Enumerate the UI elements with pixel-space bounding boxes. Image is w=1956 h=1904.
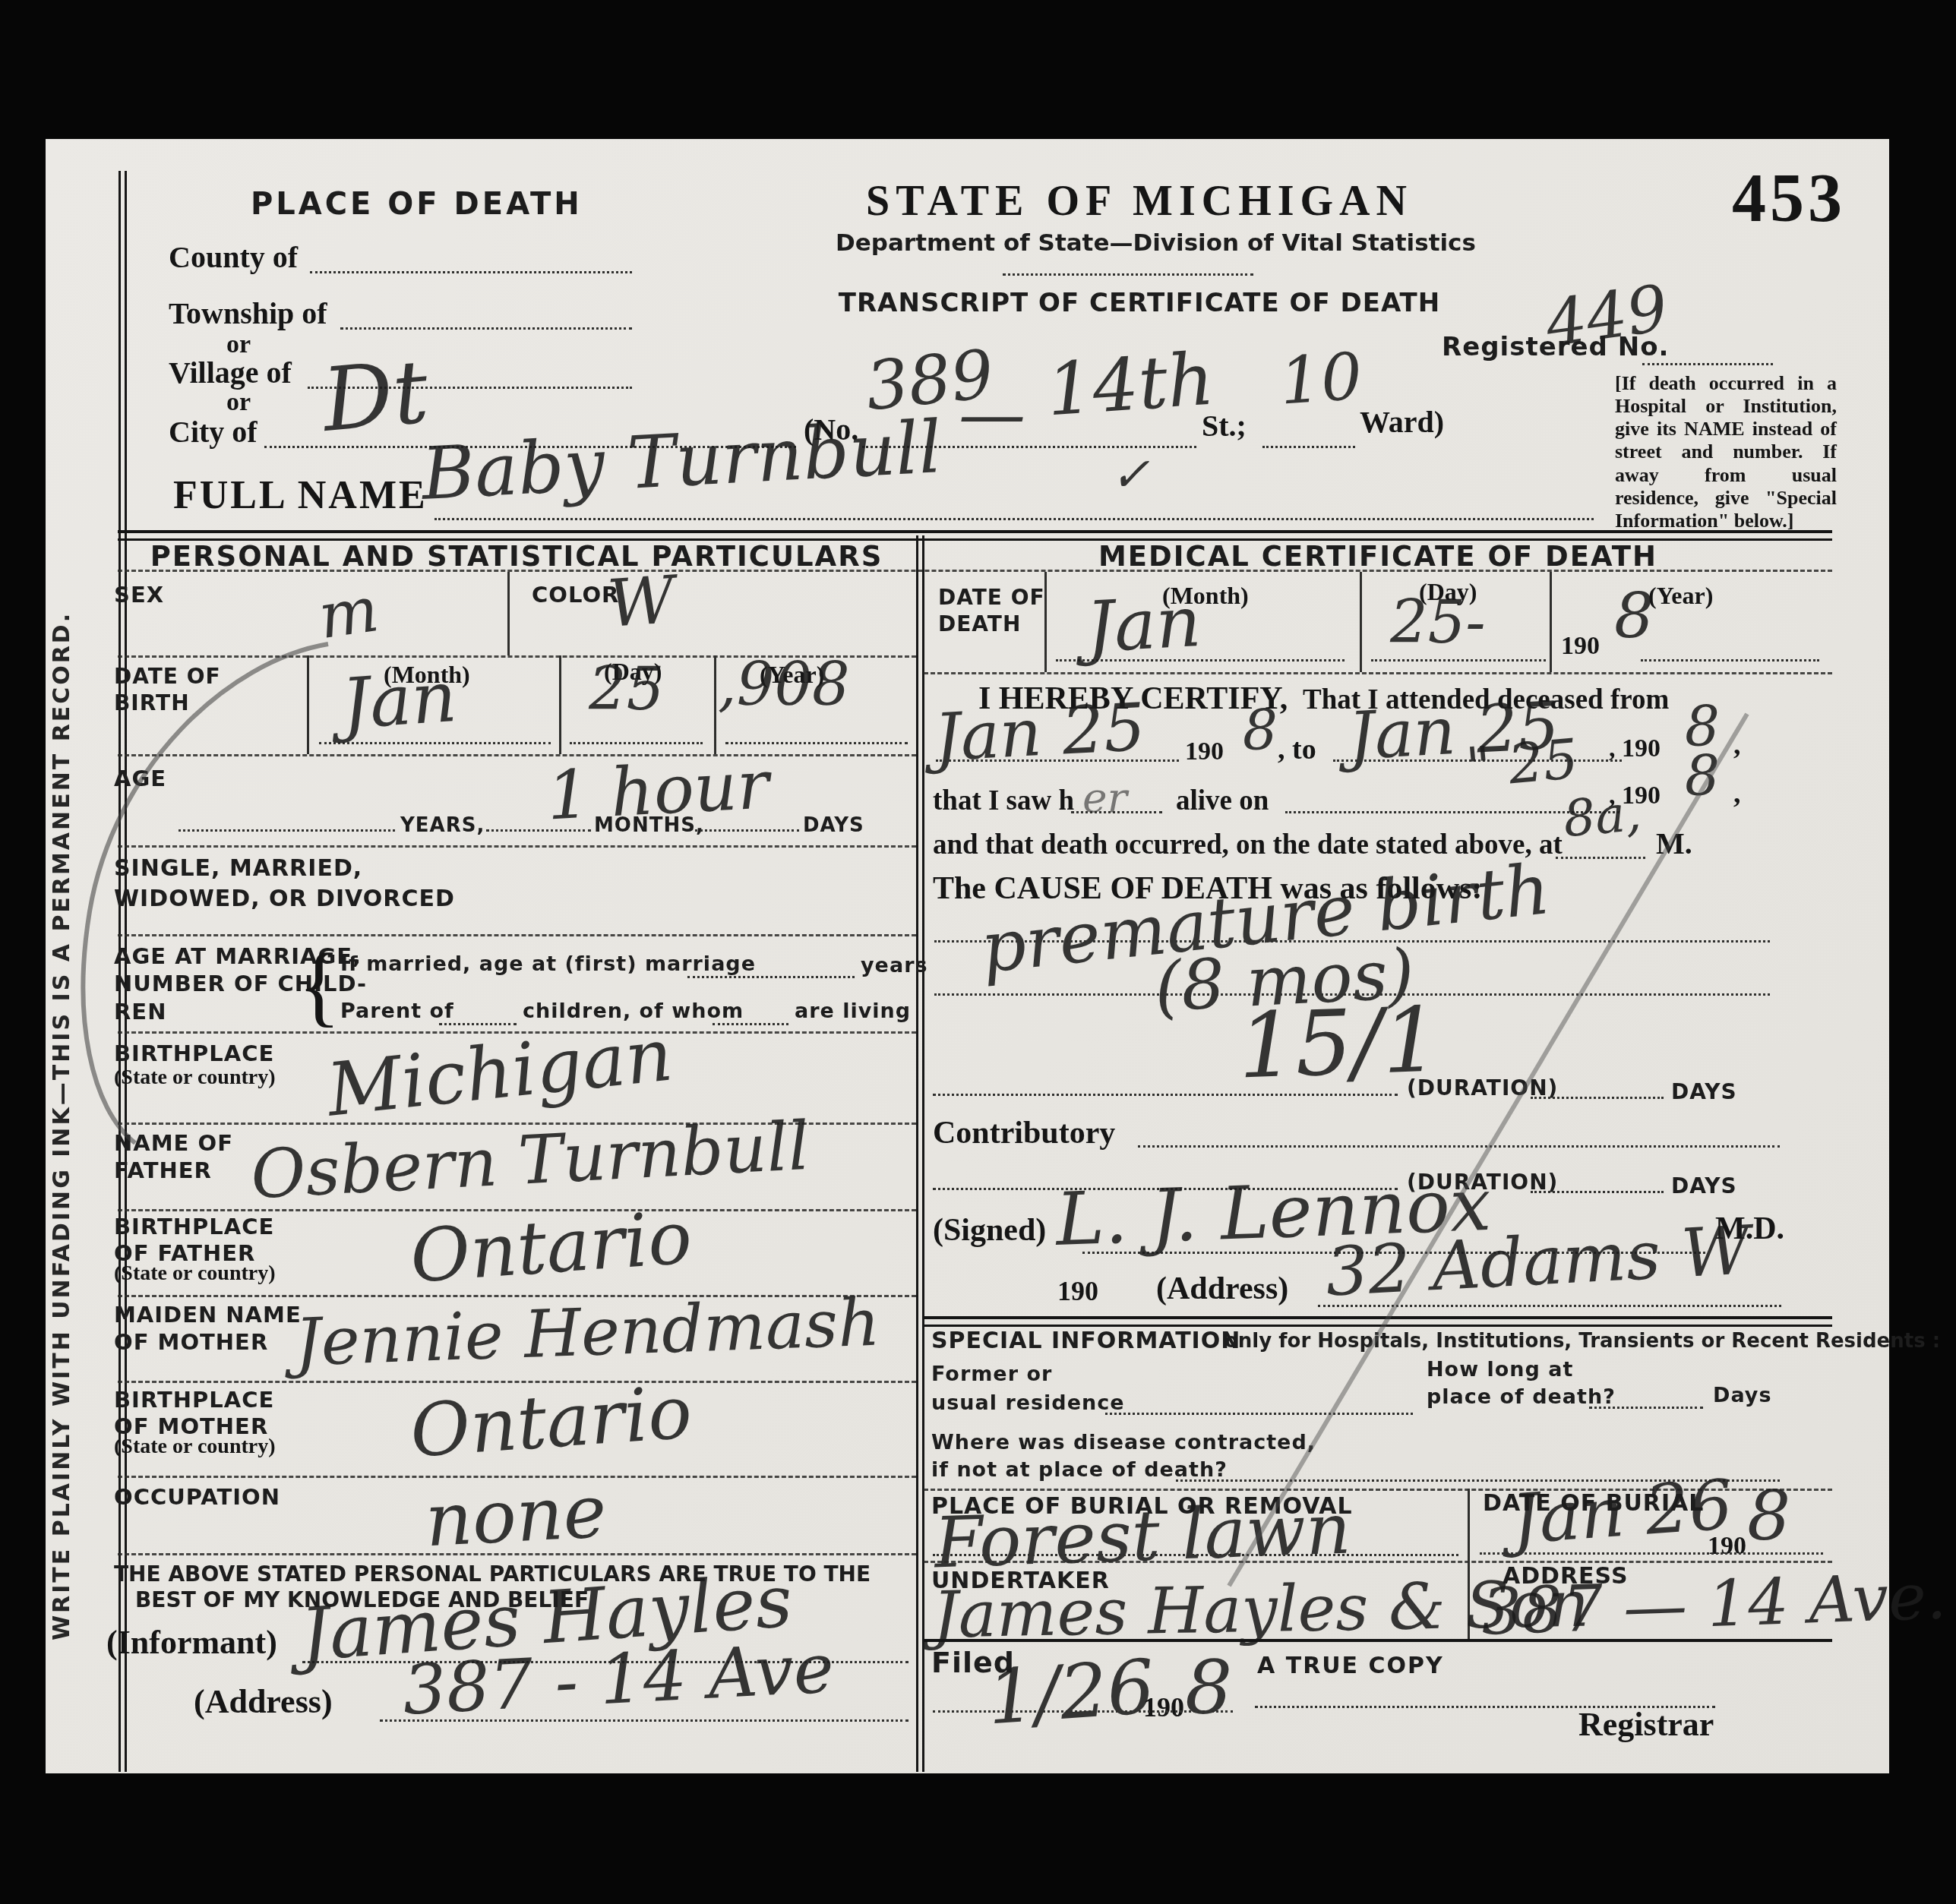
comma-printed: , [1733,731,1741,761]
dotted-leader [687,974,855,978]
header-double-rule [118,530,1832,541]
marital-label-line1: SINGLE, MARRIED, [114,857,455,881]
cell-divider [1360,572,1362,672]
dod-year-printed: 190 [1561,633,1600,660]
burial-year-handwriting: 8 [1747,1481,1790,1553]
parent-of-line: Parent of [340,1001,454,1022]
dotted-leader [713,1021,788,1025]
or-label-2: or [226,389,251,416]
father-label: NAME OF FATHER [114,1132,233,1183]
row-separator [118,934,916,936]
dotted-leader [1531,1095,1664,1099]
dod-label-line2: DEATH [938,613,1045,635]
dod-label-line1: DATE OF [938,586,1045,608]
dod-label: DATE OF DEATH [938,586,1045,636]
hospital-note: [If death occurred in a Hospital or Inst… [1615,372,1837,532]
dob-label-line1: DATE OF [114,665,221,687]
dotted-leader [1589,1405,1703,1409]
physician-address-label: (Address) [1156,1272,1288,1306]
village-label: Village of [169,357,292,389]
certificate-number-stamp: 453 [1732,163,1846,235]
death-time-handwriting: 8a, [1561,787,1643,846]
howlong-label-line2: place of death? [1427,1387,1616,1408]
dotted-leader [434,516,1594,520]
saw-date-handwriting: " 25 [1464,731,1581,797]
mother-birthplace-label: BIRTHPLACE OF MOTHER [114,1388,274,1438]
mother-bp-label-line1: BIRTHPLACE [114,1388,274,1411]
informant-address-label: (Address) [194,1685,333,1719]
street-dash-handwriting: — [959,380,1025,450]
color-handwriting: W [605,566,677,639]
dotted-leader [1105,1411,1413,1415]
special-section-rule [924,1316,1832,1327]
burial-year-printed: 190 [1708,1533,1746,1560]
saw-year-handwriting: 8 [1685,748,1720,806]
street-handwriting: 14th [1044,342,1217,429]
cell-divider [1550,572,1552,672]
filed-section-rule [924,1639,1832,1642]
cell-divider [714,655,716,754]
state-title: STATE OF MICHIGAN [851,179,1428,224]
age-handwriting: 1 hour [545,750,771,832]
how-long-label: How long at place of death? [1427,1359,1616,1409]
from-year-handwriting: 8 [1243,703,1278,760]
dod-month-handwriting: Jan [1085,586,1203,665]
mother-label-line1: MAIDEN NAME [114,1303,302,1326]
dotted-leader [1642,362,1773,365]
township-label: Township of [169,298,327,330]
father-bp-label-line1: BIRTHPLACE [114,1215,274,1238]
years-label: YEARS, [400,816,485,836]
sex-handwriting: m [314,577,382,650]
dotted-leader [310,270,632,273]
column-divider [916,535,924,1772]
dod-year-label: (Year) [1648,583,1713,609]
informant-label: (Informant) [106,1625,277,1660]
father-bp-state-label: (State or country) [114,1262,276,1284]
saw-gender-handwriting: er [1082,776,1127,820]
cell-divider [1044,572,1047,672]
city-label: City of [169,416,258,448]
dotted-leader [933,1709,1233,1713]
former-label-line1: Former or [931,1364,1125,1385]
days-label: DAYS [803,816,864,836]
registrar-label: Registrar [1578,1707,1714,1742]
ward-handwriting: 10 [1278,343,1364,416]
mother-label: MAIDEN NAME OF MOTHER [114,1303,302,1354]
row-separator [118,1553,916,1555]
dotted-leader [340,326,632,330]
disease-label-line1: Where was disease contracted, [931,1432,1316,1454]
dotted-leader [439,1021,517,1025]
father-birthplace-label: BIRTHPLACE OF FATHER [114,1215,274,1265]
right-column-title: MEDICAL CERTIFICATE OF DEATH [924,542,1832,572]
meridiem-label: M. [1656,828,1692,860]
department-line: Department of State—Division of Vital St… [836,231,1443,256]
father-birthplace-handwriting: Ontario [408,1199,694,1295]
place-of-death-title: PLACE OF DEATH [251,188,583,220]
burial-date-handwriting: Jan 26 [1509,1470,1735,1557]
row-separator [924,672,1832,674]
filed-year-handwriting: 8 [1185,1650,1232,1728]
check-mark: ✓ [1111,450,1150,499]
mother-bp-state-label: (State or country) [114,1435,276,1457]
county-label: County of [169,242,298,273]
st-label: St.; [1202,410,1247,442]
to-label: , to [1278,735,1316,766]
marital-label-line2: WIDOWED, OR DIVORCED [114,887,455,911]
contributory-label: Contributory [933,1116,1115,1150]
former-label-line2: usual residence [931,1393,1125,1414]
marital-label: SINGLE, MARRIED, WIDOWED, OR DIVORCED [114,857,455,911]
dotted-leader [570,740,703,744]
mother-label-line2: OF MOTHER [114,1331,302,1353]
married-age-line: If married, age at (first) marriage [340,954,756,975]
father-label-line2: FATHER [114,1159,233,1182]
dob-label-line2: BIRTH [114,692,221,714]
dotted-leader [179,828,395,832]
dotted-leader [1071,810,1162,813]
dotted-leader [933,1092,1398,1096]
days-label-1: DAYS [1671,1081,1737,1103]
edge-note: WRITE PLAINLY WITH UNFADING INK—THIS IS … [50,425,88,1640]
transcript-title: TRANSCRIPT OF CERTIFICATE OF DEATH [836,290,1443,317]
dotted-leader [1003,272,1253,276]
occupation-label: OCCUPATION [114,1486,280,1508]
true-copy-label: A TRUE COPY [1257,1654,1444,1678]
occupation-handwriting: none [424,1473,608,1559]
saw-comma-printed: , [1733,779,1741,810]
birthplace-state-label: (State or country) [114,1066,276,1088]
or-label-1: or [226,331,251,358]
dotted-leader [725,740,908,744]
mother-birthplace-handwriting: Ontario [408,1374,694,1470]
dotted-leader [695,828,799,832]
row-separator [118,754,916,756]
row-separator [924,1561,1832,1563]
cell-divider [1468,1489,1470,1561]
brace-glyph: { [298,939,341,1033]
dob-label: DATE OF BIRTH [114,665,221,715]
dob-year-handwriting: ,908 [718,655,850,717]
age-label: AGE [114,767,166,790]
scanned-death-certificate: WRITE PLAINLY WITH UNFADING INK—THIS IS … [0,0,1956,1904]
alive-on-label: alive on [1176,787,1269,816]
dotted-leader [1262,444,1355,448]
howlong-label-line1: How long at [1427,1359,1616,1381]
city-handwriting: Dt [319,346,431,447]
father-label-line1: NAME OF [114,1132,233,1154]
from-year-printed: 190 [1185,738,1224,766]
dod-year-handwriting: 8 [1614,585,1654,650]
left-column-title: PERSONAL AND STATISTICAL PARTICULARS [118,542,915,572]
dob-month-handwriting: Jan [340,661,459,742]
full-name-label: FULL NAME [173,475,428,517]
dotted-leader [933,1552,1458,1556]
cell-divider [507,572,510,655]
row-separator [118,845,916,848]
birthplace-label: BIRTHPLACE [114,1042,274,1065]
dotted-leader [1138,1144,1780,1148]
special-info-bold: SPECIAL INFORMATION [931,1329,1240,1353]
dotted-leader [1641,658,1819,662]
saw-label: that I saw h [933,787,1074,816]
dotted-leader [1531,1189,1664,1193]
address-year-printed: 190 [1057,1277,1098,1306]
disease-contracted-label: Where was disease contracted, if not at … [931,1432,1316,1482]
days-label-2: DAYS [1671,1175,1737,1197]
former-residence-label: Former or usual residence [931,1364,1125,1415]
dotted-leader [1480,1551,1823,1555]
sex-label: SEX [114,583,164,606]
are-living-suffix: are living [795,1001,911,1022]
dod-day-handwriting: 25- [1390,592,1486,655]
ward-label: Ward) [1360,406,1444,438]
cell-divider [559,655,561,754]
years-suffix: years [861,955,928,977]
dotted-leader [1371,658,1546,662]
filed-year-printed: 190 [1143,1694,1184,1722]
dob-day-handwriting: 25 [589,659,664,721]
days-label-3: Days [1713,1385,1771,1407]
cell-divider [307,655,309,754]
registered-no-handwriting: 449 [1542,274,1672,358]
special-info-rest: only for Hospitals, Institutions, Transi… [1224,1331,1940,1352]
undertaker-address-handwriting: 387 — 14 Ave. [1480,1562,1948,1646]
dotted-leader [1556,855,1645,859]
filed-date-handwriting: 1/26 [985,1648,1158,1738]
dotted-leader [936,758,1179,762]
signed-label: (Signed) [933,1214,1046,1247]
